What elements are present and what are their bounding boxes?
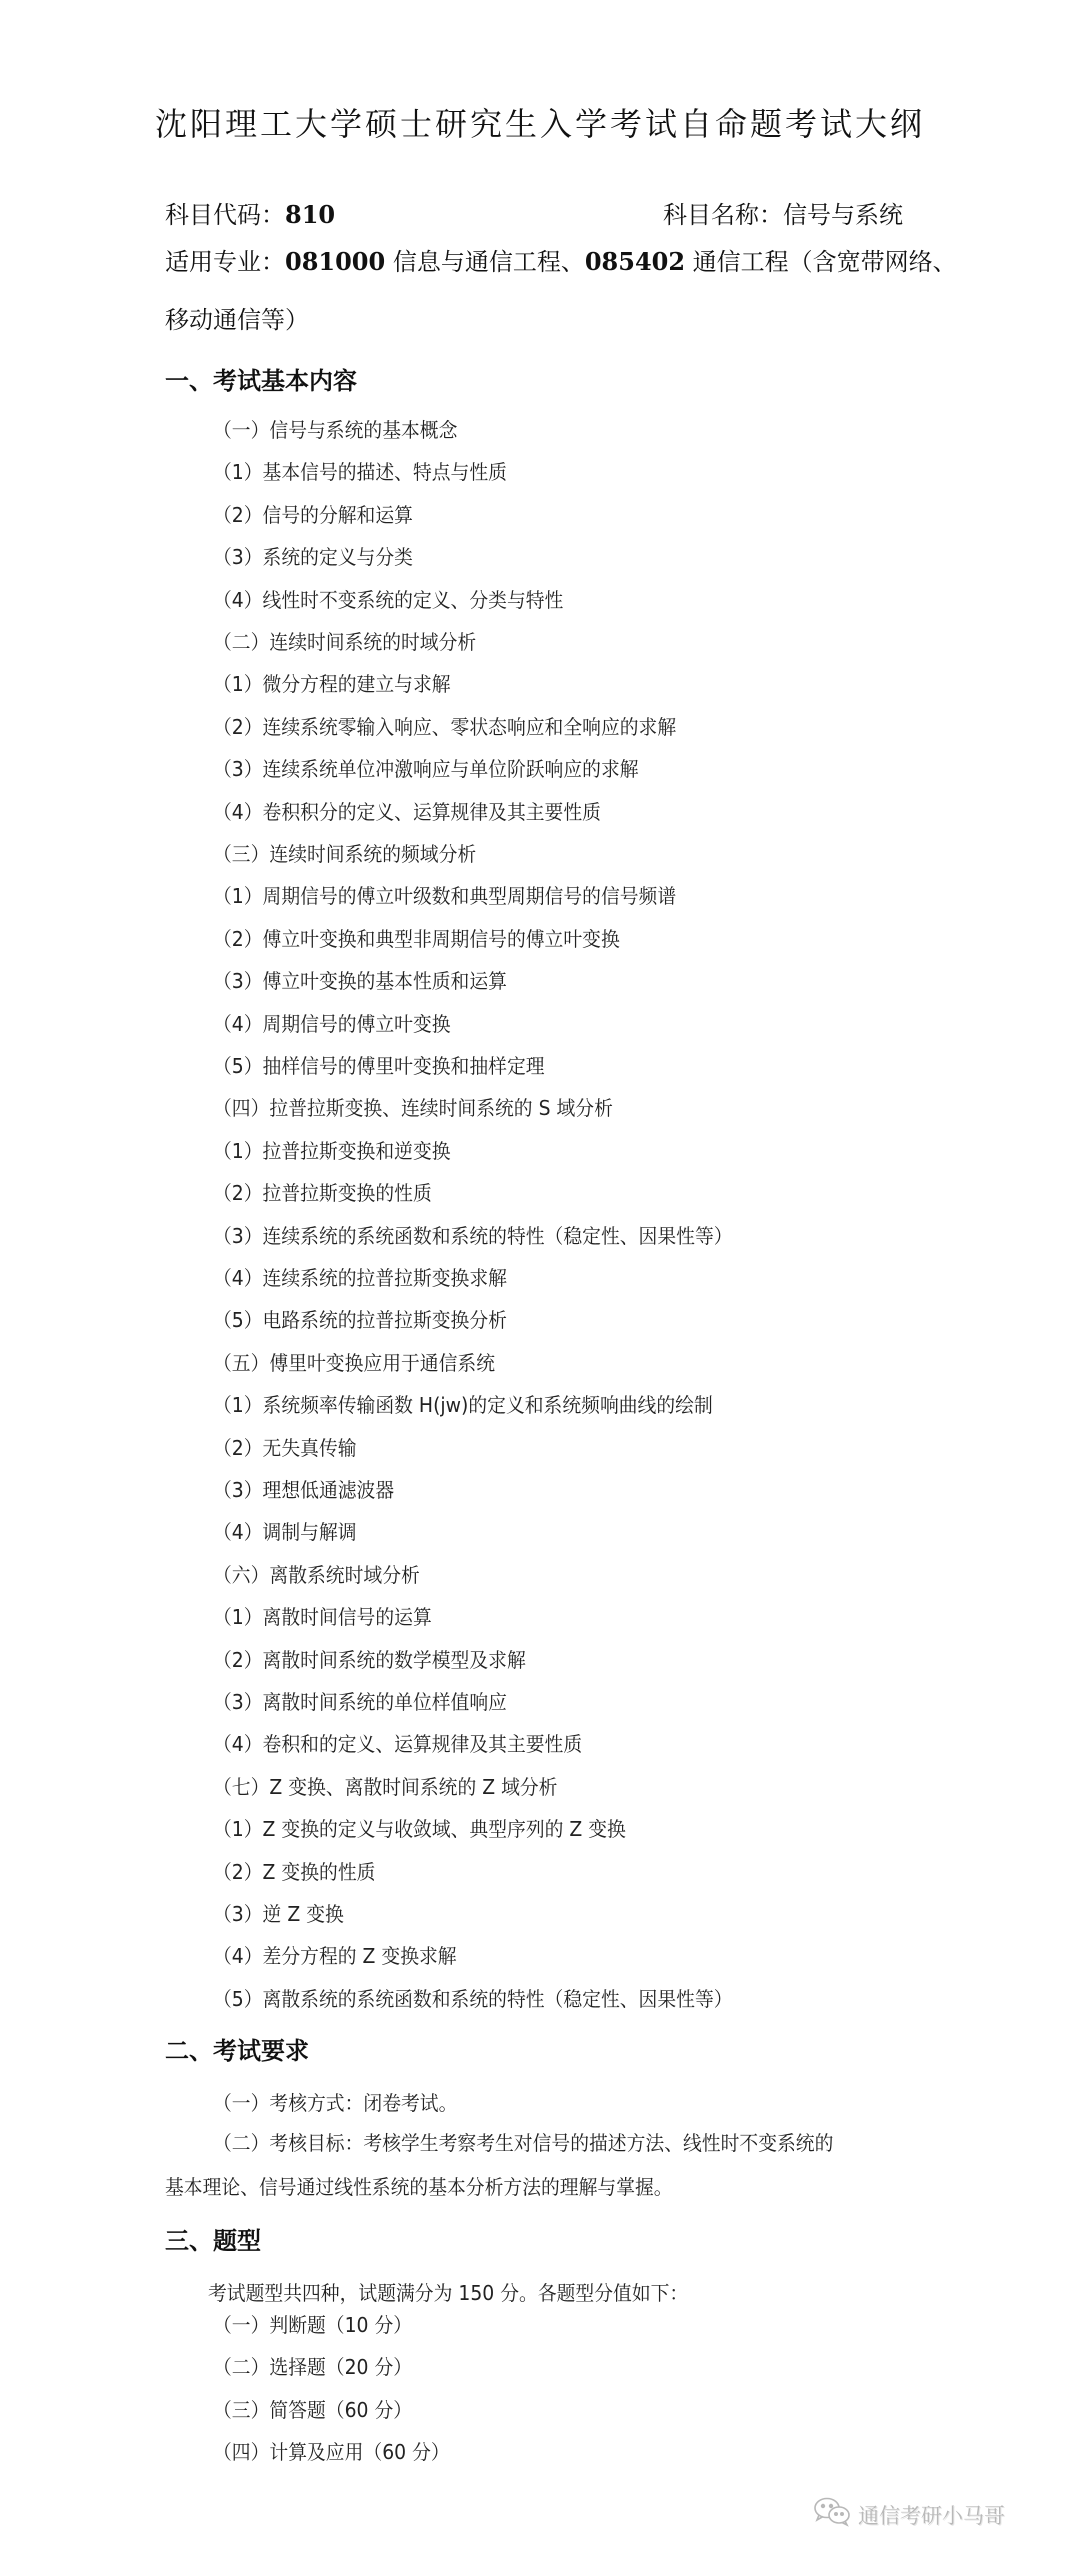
subject-code-line: 科目代码：810 [165, 200, 335, 230]
outline-item: （1）离散时间信号的运算 [213, 1604, 432, 1630]
outline-item: （2）离散时间系统的数学模型及求解 [213, 1647, 526, 1673]
outline-item: （4）差分方程的 Z 变换求解 [213, 1943, 457, 1969]
majors-line-2: 移动通信等） [165, 305, 309, 335]
exam-goal-line-1: （二）考核目标：考核学生考察考生对信号的描述方法、线性时不变系统的 [213, 2130, 833, 2156]
document-title: 沈阳理工大学硕士研究生入学考试自命题考试大纲 [0, 104, 1080, 144]
outline-item: （4）周期信号的傅立叶变换 [213, 1011, 451, 1037]
section-heading-content: 一、考试基本内容 [165, 366, 357, 396]
subject-code-label: 科目代码： [165, 201, 285, 229]
outline-item: （1）周期信号的傅立叶级数和典型周期信号的信号频谱 [213, 883, 676, 909]
outline-item: （3）理想低通滤波器 [213, 1477, 394, 1503]
outline-item: （1）系统频率传输函数 H(jw)的定义和系统频响曲线的绘制 [213, 1392, 713, 1418]
question-type-item: （四）计算及应用（60 分） [213, 2439, 450, 2465]
outline-item: （5）抽样信号的傅里叶变换和抽样定理 [213, 1053, 545, 1079]
outline-item: （3）逆 Z 变换 [213, 1901, 344, 1927]
majors-line-1: 适用专业：081000 信息与通信工程、085402 通信工程（含宽带网络、 [165, 247, 957, 277]
outline-item: （2）拉普拉斯变换的性质 [213, 1180, 432, 1206]
major-code-1: 081000 [285, 247, 385, 276]
section-heading-question-types: 三、题型 [165, 2226, 261, 2256]
outline-item: （3）系统的定义与分类 [213, 544, 413, 570]
outline-item: （4）线性时不变系统的定义、分类与特性 [213, 587, 563, 613]
outline-item: （2）连续系统零输入响应、零状态响应和全响应的求解 [213, 714, 676, 740]
major-name-2: 通信工程（含宽带网络、 [685, 248, 957, 276]
outline-item: （3）离散时间系统的单位样值响应 [213, 1689, 507, 1715]
section-heading-requirements: 二、考试要求 [165, 2036, 309, 2066]
subject-name-value: 信号与系统 [783, 201, 903, 229]
outline-item: （2）Z 变换的性质 [213, 1859, 375, 1885]
watermark: 通信考研小马哥 [812, 2496, 1005, 2533]
outline-item: （五）傅里叶变换应用于通信系统 [213, 1350, 495, 1376]
outline-item: （2）无失真传输 [213, 1435, 357, 1461]
outline-item: （1）基本信号的描述、特点与性质 [213, 459, 507, 485]
outline-item: （1）拉普拉斯变换和逆变换 [213, 1138, 451, 1164]
outline-item: （5）离散系统的系统函数和系统的特性（稳定性、因果性等） [213, 1986, 733, 2012]
document-page: 沈阳理工大学硕士研究生入学考试自命题考试大纲 科目代码：810 科目名称：信号与… [0, 0, 1080, 2570]
majors-label: 适用专业： [165, 248, 285, 276]
outline-item: （二）连续时间系统的时域分析 [213, 629, 476, 655]
outline-item: （2）信号的分解和运算 [213, 502, 413, 528]
major-name-1: 信息与通信工程、 [385, 248, 585, 276]
exam-method: （一）考核方式：闭卷考试。 [213, 2090, 457, 2116]
outline-item: （六）离散系统时域分析 [213, 1562, 420, 1588]
question-type-item: （三）简答题（60 分） [213, 2397, 412, 2423]
subject-name-line: 科目名称：信号与系统 [663, 200, 903, 230]
outline-item: （1）Z 变换的定义与收敛域、典型序列的 Z 变换 [213, 1816, 626, 1842]
outline-item: （2）傅立叶变换和典型非周期信号的傅立叶变换 [213, 926, 620, 952]
outline-item: （一）信号与系统的基本概念 [213, 417, 457, 443]
watermark-text: 通信考研小马哥 [858, 2500, 1005, 2530]
question-type-item: （一）判断题（10 分） [213, 2312, 412, 2338]
outline-item: （4）连续系统的拉普拉斯变换求解 [213, 1265, 507, 1291]
question-types-intro: 考试题型共四种，试题满分为 150 分。各题型分值如下： [208, 2280, 688, 2306]
subject-name-label: 科目名称： [663, 201, 783, 229]
outline-item: （3）傅立叶变换的基本性质和运算 [213, 968, 507, 994]
outline-item: （1）微分方程的建立与求解 [213, 671, 451, 697]
majors-continued: 移动通信等） [165, 306, 309, 334]
outline-item: （七）Z 变换、离散时间系统的 Z 域分析 [213, 1774, 557, 1800]
outline-item: （4）调制与解调 [213, 1519, 357, 1545]
outline-item: （三）连续时间系统的频域分析 [213, 841, 476, 867]
outline-item: （4）卷积和的定义、运算规律及其主要性质 [213, 1731, 582, 1757]
major-code-2: 085402 [585, 247, 685, 276]
outline-item: （3）连续系统的系统函数和系统的特性（稳定性、因果性等） [213, 1223, 733, 1249]
outline-item: （4）卷积积分的定义、运算规律及其主要性质 [213, 799, 601, 825]
outline-item: （四）拉普拉斯变换、连续时间系统的 S 域分析 [213, 1095, 613, 1121]
wechat-icon [812, 2496, 852, 2533]
outline-item: （5）电路系统的拉普拉斯变换分析 [213, 1307, 507, 1333]
outline-item: （3）连续系统单位冲激响应与单位阶跃响应的求解 [213, 756, 639, 782]
subject-code-value: 810 [285, 200, 335, 229]
exam-goal-line-2: 基本理论、信号通过线性系统的基本分析方法的理解与掌握。 [165, 2174, 673, 2200]
question-type-item: （二）选择题（20 分） [213, 2354, 412, 2380]
